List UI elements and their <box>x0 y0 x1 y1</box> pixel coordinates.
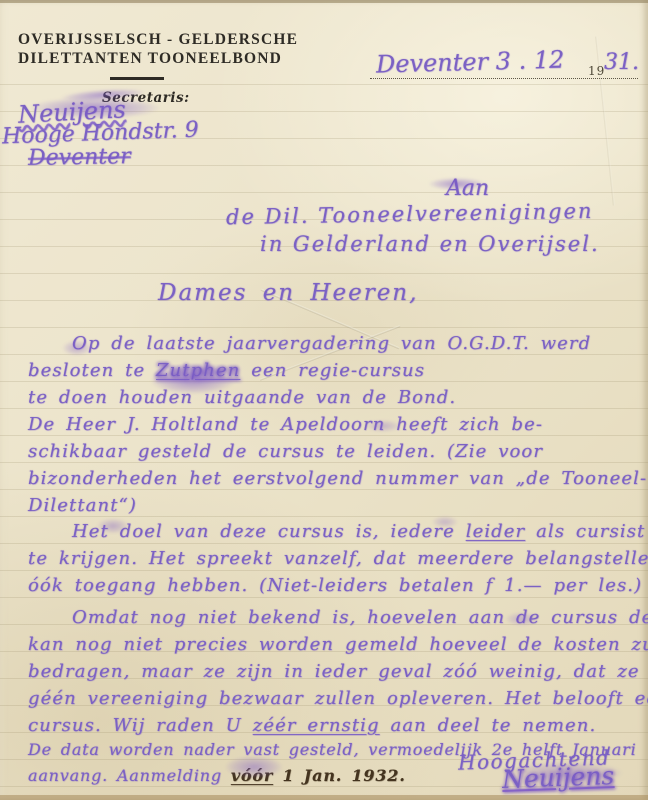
handwriting-line: Omdat nog niet bekend is, hoevelen aan d… <box>28 604 648 631</box>
handwriting-text: als cursist <box>525 521 645 542</box>
handwriting-text: aan deel te nemen. <box>380 715 597 736</box>
handwriting-text: zéér ernstig <box>253 715 380 736</box>
salutation: Dames en Heeren, <box>158 280 418 306</box>
handwriting-line: besloten te Zutphen een regie-cursus <box>28 357 647 384</box>
dateline: Deventer 3 . 12 19 31. <box>370 48 642 88</box>
secretary-city: Deventer <box>28 144 131 171</box>
handwriting-line: bizonderheden het eerstvolgend nummer va… <box>28 465 647 492</box>
handwriting-line: te doen houden uitgaande van de Bond. <box>28 384 647 411</box>
addressee-line2: de Dil. Tooneelvereenigingen <box>226 199 594 229</box>
handwriting-line: Dilettant“) <box>28 492 647 519</box>
handwriting-text: De Heer J. Holtland te Apeldoorn heeft z… <box>28 414 543 435</box>
secretaris-label: Secretaris: <box>102 90 298 106</box>
addressee-line3: in Gelderland en Overijsel. <box>260 232 600 256</box>
handwriting-text: kan nog niet precies worden gemeld hoeve… <box>28 634 648 655</box>
date-dotted-line <box>370 78 638 79</box>
handwriting-text: aanvang. Aanmelding <box>28 766 231 785</box>
handwriting-text: leider <box>466 521 526 542</box>
handwriting-line: te krijgen. Het spreekt vanzelf, dat mee… <box>28 545 648 572</box>
handwriting-line: De Heer J. Holtland te Apeldoorn heeft z… <box>28 411 647 438</box>
handwriting-text: bedragen, maar ze zijn in ieder geval zó… <box>28 661 648 682</box>
handwriting-text: Op de laatste jaarvergadering van O.G.D.… <box>72 333 591 354</box>
handwriting-text: 1 Jan. 1932. <box>273 766 406 785</box>
handwriting-line: cursus. Wij raden U zéér ernstig aan dee… <box>28 712 648 739</box>
handwriting-text: te krijgen. Het spreekt vanzelf, dat mee… <box>28 548 648 569</box>
addressee-aan: Aan <box>446 176 489 201</box>
org-name-line1: OVERIJSSELSCH - GELDERSCHE <box>18 30 298 49</box>
handwriting-line: óók toegang hebben. (Niet-leiders betale… <box>28 572 648 599</box>
date-year: 31. <box>604 50 639 75</box>
handwriting-text: géén vereeniging bezwaar zullen oplevere… <box>28 688 648 709</box>
handwriting-text: besloten te <box>28 360 156 381</box>
date-printed-year-prefix: 19 <box>588 64 605 78</box>
handwriting-line: bedragen, maar ze zijn in ieder geval zó… <box>28 658 648 685</box>
handwriting-line: Op de laatste jaarvergadering van O.G.D.… <box>28 330 647 357</box>
signature: Neuijens <box>502 761 615 794</box>
handwriting-text: óók toegang hebben. (Niet-leiders betale… <box>28 575 642 596</box>
letterhead: OVERIJSSELSCH - GELDERSCHE DILETTANTEN T… <box>18 30 298 106</box>
paragraph-2: Het doel van deze cursus is, iedere leid… <box>28 518 648 599</box>
handwriting-line: schikbaar gesteld de cursus te leiden. (… <box>28 438 647 465</box>
handwriting-text: Omdat nog niet bekend is, hoevelen aan d… <box>72 607 648 628</box>
handwriting-text: een regie-cursus <box>240 360 425 381</box>
handwriting-text: vóór <box>231 766 273 785</box>
handwriting-line: kan nog niet precies worden gemeld hoeve… <box>28 631 648 658</box>
handwriting-text: te doen houden uitgaande van de Bond. <box>28 387 456 408</box>
handwriting-text: Het doel van deze cursus is, iedere <box>72 521 466 542</box>
handwriting-text: cursus. Wij raden U <box>28 715 253 736</box>
letter-page: OVERIJSSELSCH - GELDERSCHE DILETTANTEN T… <box>0 0 648 800</box>
paragraph-1: Op de laatste jaarvergadering van O.G.D.… <box>28 330 647 519</box>
handwriting-text: Dilettant“) <box>28 495 137 516</box>
handwriting-line: Het doel van deze cursus is, iedere leid… <box>28 518 648 545</box>
letterhead-rule <box>110 77 164 80</box>
org-name-line2: DILETTANTEN TOONEELBOND <box>18 49 298 68</box>
handwriting-text: bizonderheden het eerstvolgend nummer va… <box>28 468 647 489</box>
handwriting-text: Zutphen <box>156 360 240 381</box>
date-place-day: Deventer 3 . 12 <box>376 46 565 79</box>
handwriting-text: schikbaar gesteld de cursus te leiden. (… <box>28 441 543 462</box>
paragraph-3: Omdat nog niet bekend is, hoevelen aan d… <box>28 604 648 739</box>
handwriting-line: géén vereeniging bezwaar zullen oplevere… <box>28 685 648 712</box>
